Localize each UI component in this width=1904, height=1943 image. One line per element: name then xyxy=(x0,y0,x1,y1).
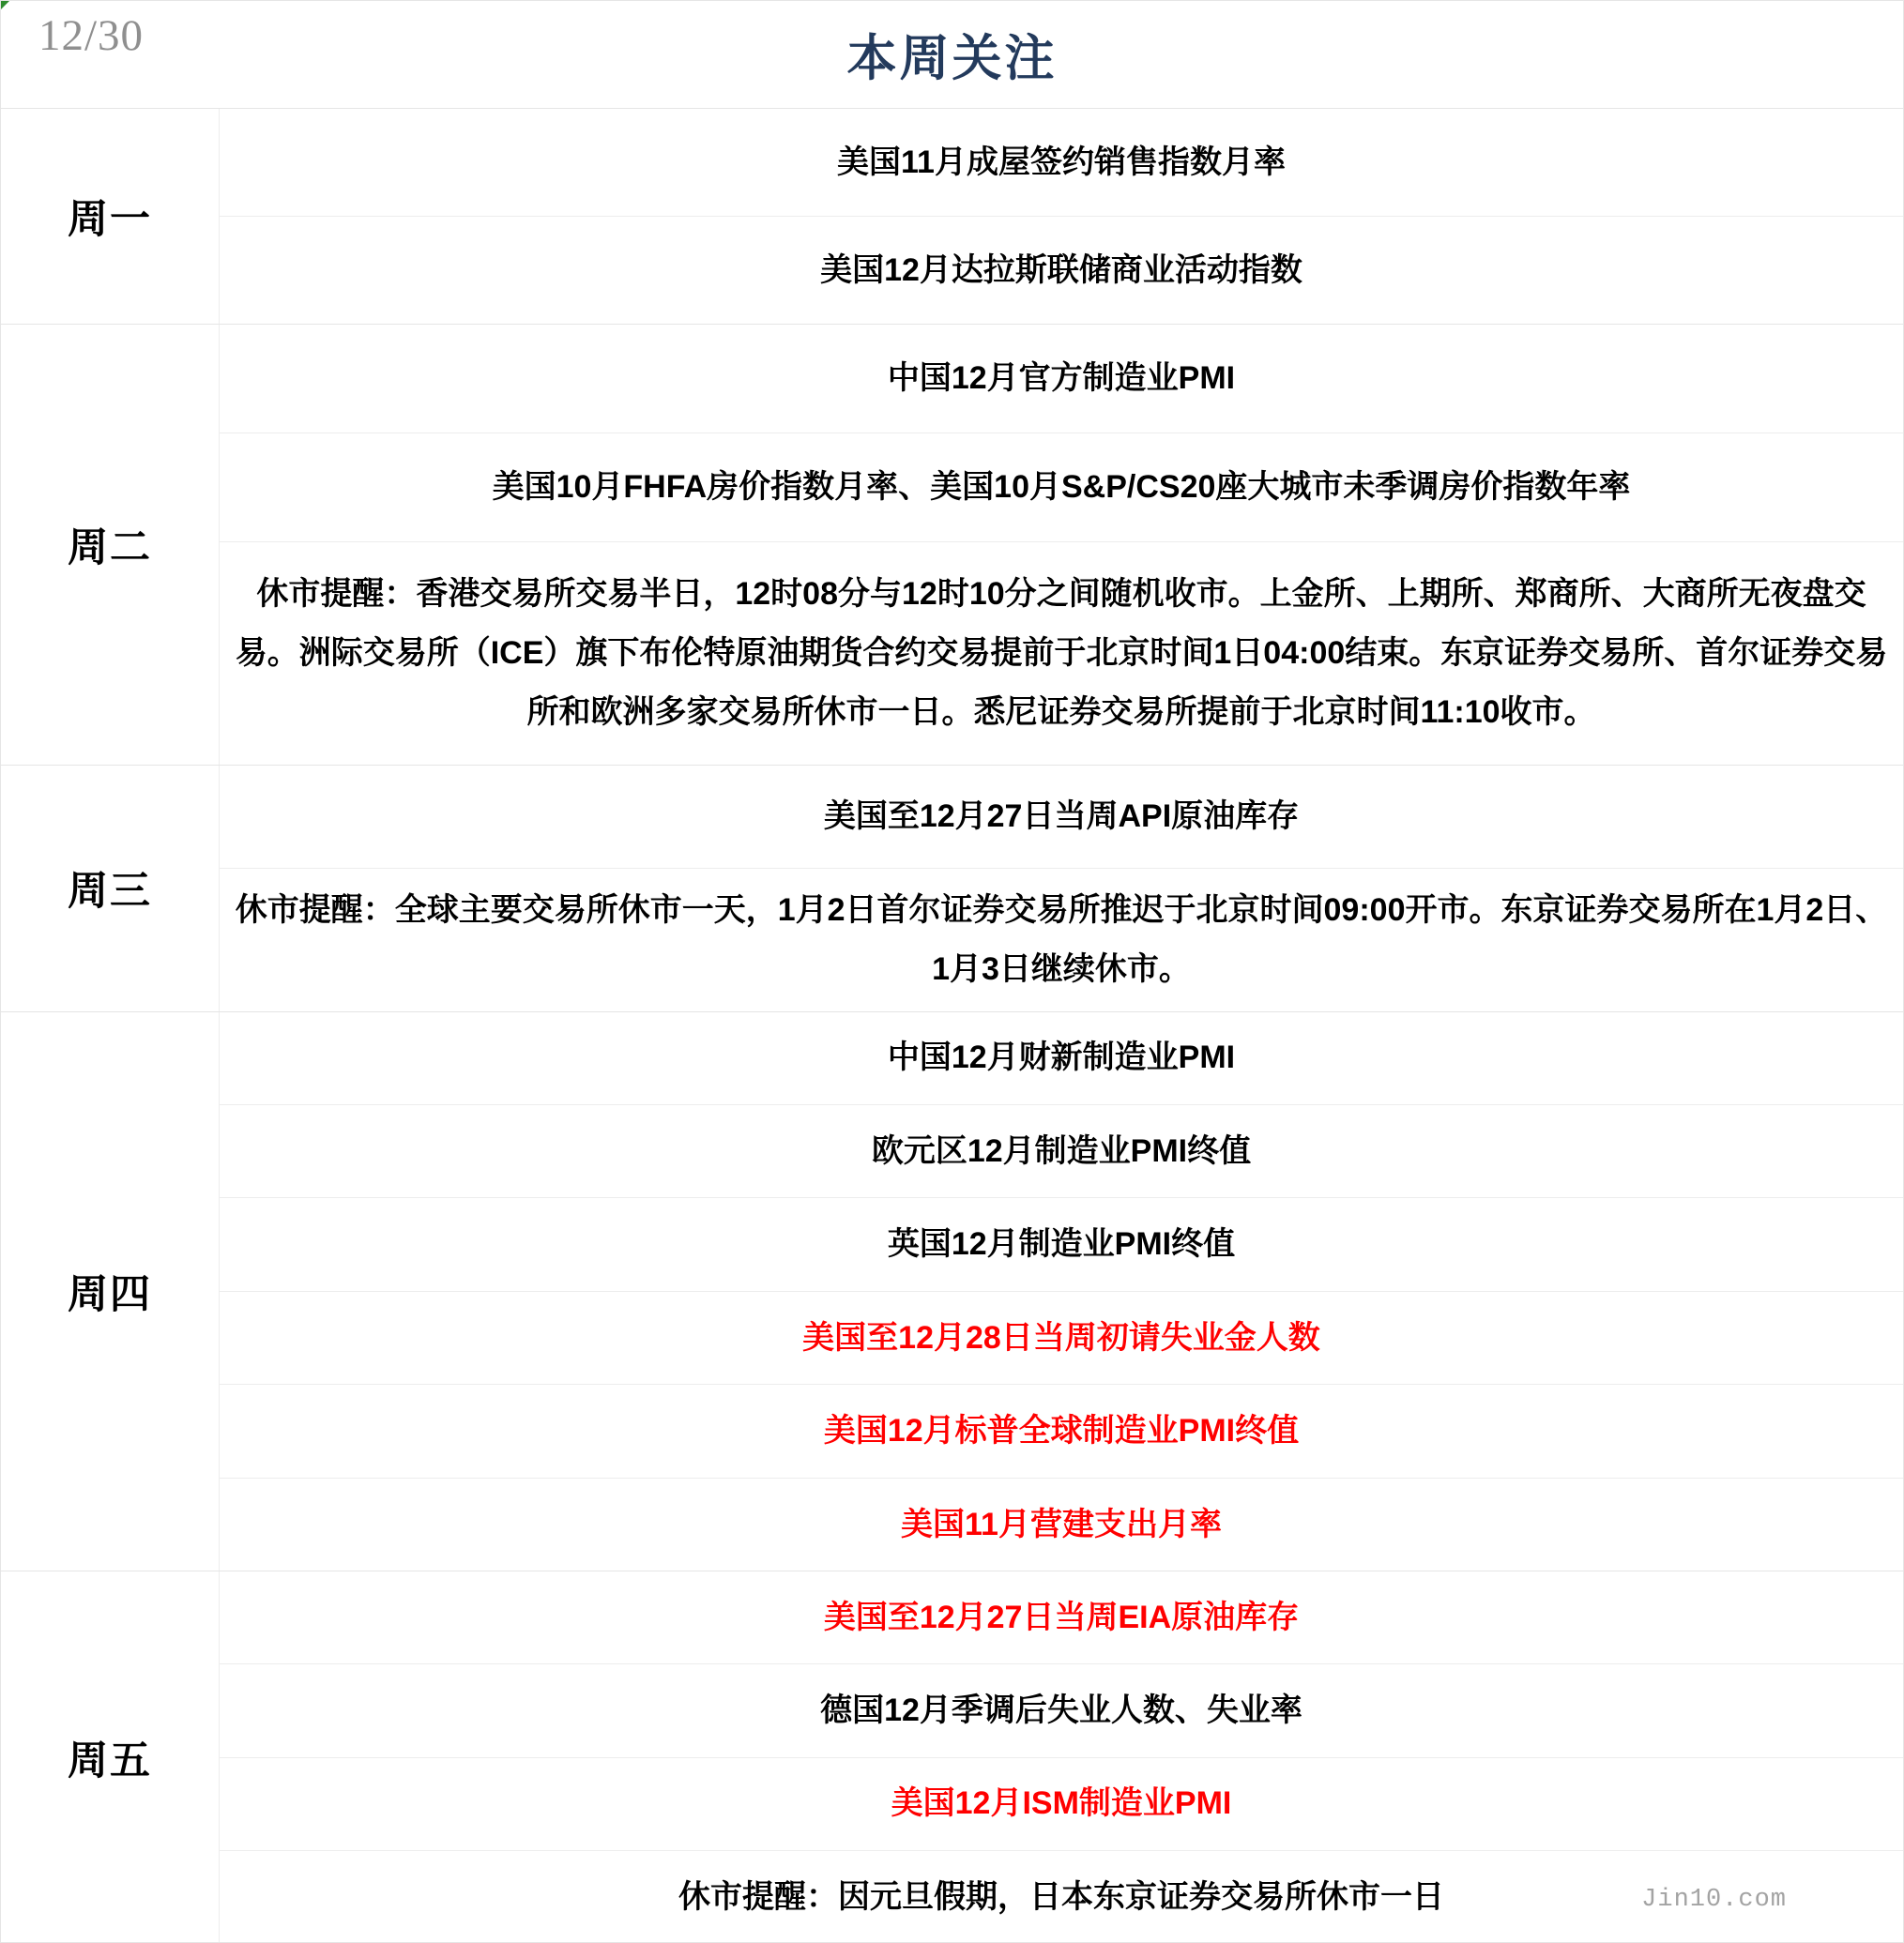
day-label: 周三 xyxy=(1,766,220,1011)
page-title: 本周关注 xyxy=(847,19,1058,90)
day-label: 周二 xyxy=(1,325,220,765)
event-row: 休市提醒：全球主要交易所休市一天，1月2日首尔证券交易所推迟于北京时间09:00… xyxy=(220,868,1903,1011)
date-label: 12/30 xyxy=(38,10,144,61)
event-row: 美国10月FHFA房价指数月率、美国10月S&P/CS20座大城市未季调房价指数… xyxy=(220,433,1903,541)
event-row: 美国至12月27日当周API原油库存 xyxy=(220,766,1903,868)
event-row: 中国12月官方制造业PMI xyxy=(220,325,1903,433)
day-label: 周一 xyxy=(1,109,220,324)
day-section: 周五 美国至12月27日当周EIA原油库存 德国12月季调后失业人数、失业率 美… xyxy=(1,1571,1903,1943)
day-section: 周四 中国12月财新制造业PMI 欧元区12月制造业PMI终值 英国12月制造业… xyxy=(1,1012,1903,1572)
event-row: 中国12月财新制造业PMI xyxy=(220,1012,1903,1104)
event-row: 美国12月达拉斯联储商业活动指数 xyxy=(220,216,1903,324)
event-row: 德国12月季调后失业人数、失业率 xyxy=(220,1663,1903,1756)
day-label: 周五 xyxy=(1,1571,220,1943)
day-events: 美国至12月27日当周API原油库存 休市提醒：全球主要交易所休市一天，1月2日… xyxy=(220,766,1903,1011)
event-row: 美国11月成屋签约销售指数月率 xyxy=(220,109,1903,216)
event-row: 美国12月标普全球制造业PMI终值 xyxy=(220,1384,1903,1477)
day-section: 周二 中国12月官方制造业PMI 美国10月FHFA房价指数月率、美国10月S&… xyxy=(1,325,1903,766)
weekly-focus-page: 12/30 本周关注 周一 美国11月成屋签约销售指数月率 美国12月达拉斯联储… xyxy=(0,0,1904,1943)
event-row: 欧元区12月制造业PMI终值 xyxy=(220,1104,1903,1197)
event-row: 美国至12月27日当周EIA原油库存 xyxy=(220,1571,1903,1663)
schedule-table: 周一 美国11月成屋签约销售指数月率 美国12月达拉斯联储商业活动指数 周二 中… xyxy=(1,109,1903,1943)
event-row: 休市提醒：香港交易所交易半日，12时08分与12时10分之间随机收市。上金所、上… xyxy=(220,541,1903,764)
day-events: 中国12月官方制造业PMI 美国10月FHFA房价指数月率、美国10月S&P/C… xyxy=(220,325,1903,765)
day-section: 周三 美国至12月27日当周API原油库存 休市提醒：全球主要交易所休市一天，1… xyxy=(1,766,1903,1012)
event-row: 英国12月制造业PMI终值 xyxy=(220,1197,1903,1290)
day-section: 周一 美国11月成屋签约销售指数月率 美国12月达拉斯联储商业活动指数 xyxy=(1,109,1903,325)
day-label: 周四 xyxy=(1,1012,220,1571)
day-events: 美国11月成屋签约销售指数月率 美国12月达拉斯联储商业活动指数 xyxy=(220,109,1903,324)
watermark: Jin10.com xyxy=(1641,1886,1787,1914)
header: 12/30 本周关注 xyxy=(1,1,1903,109)
event-row: 美国至12月28日当周初请失业金人数 xyxy=(220,1291,1903,1384)
day-events: 中国12月财新制造业PMI 欧元区12月制造业PMI终值 英国12月制造业PMI… xyxy=(220,1012,1903,1571)
event-row: 美国11月营建支出月率 xyxy=(220,1478,1903,1571)
event-row: 美国12月ISM制造业PMI xyxy=(220,1757,1903,1850)
